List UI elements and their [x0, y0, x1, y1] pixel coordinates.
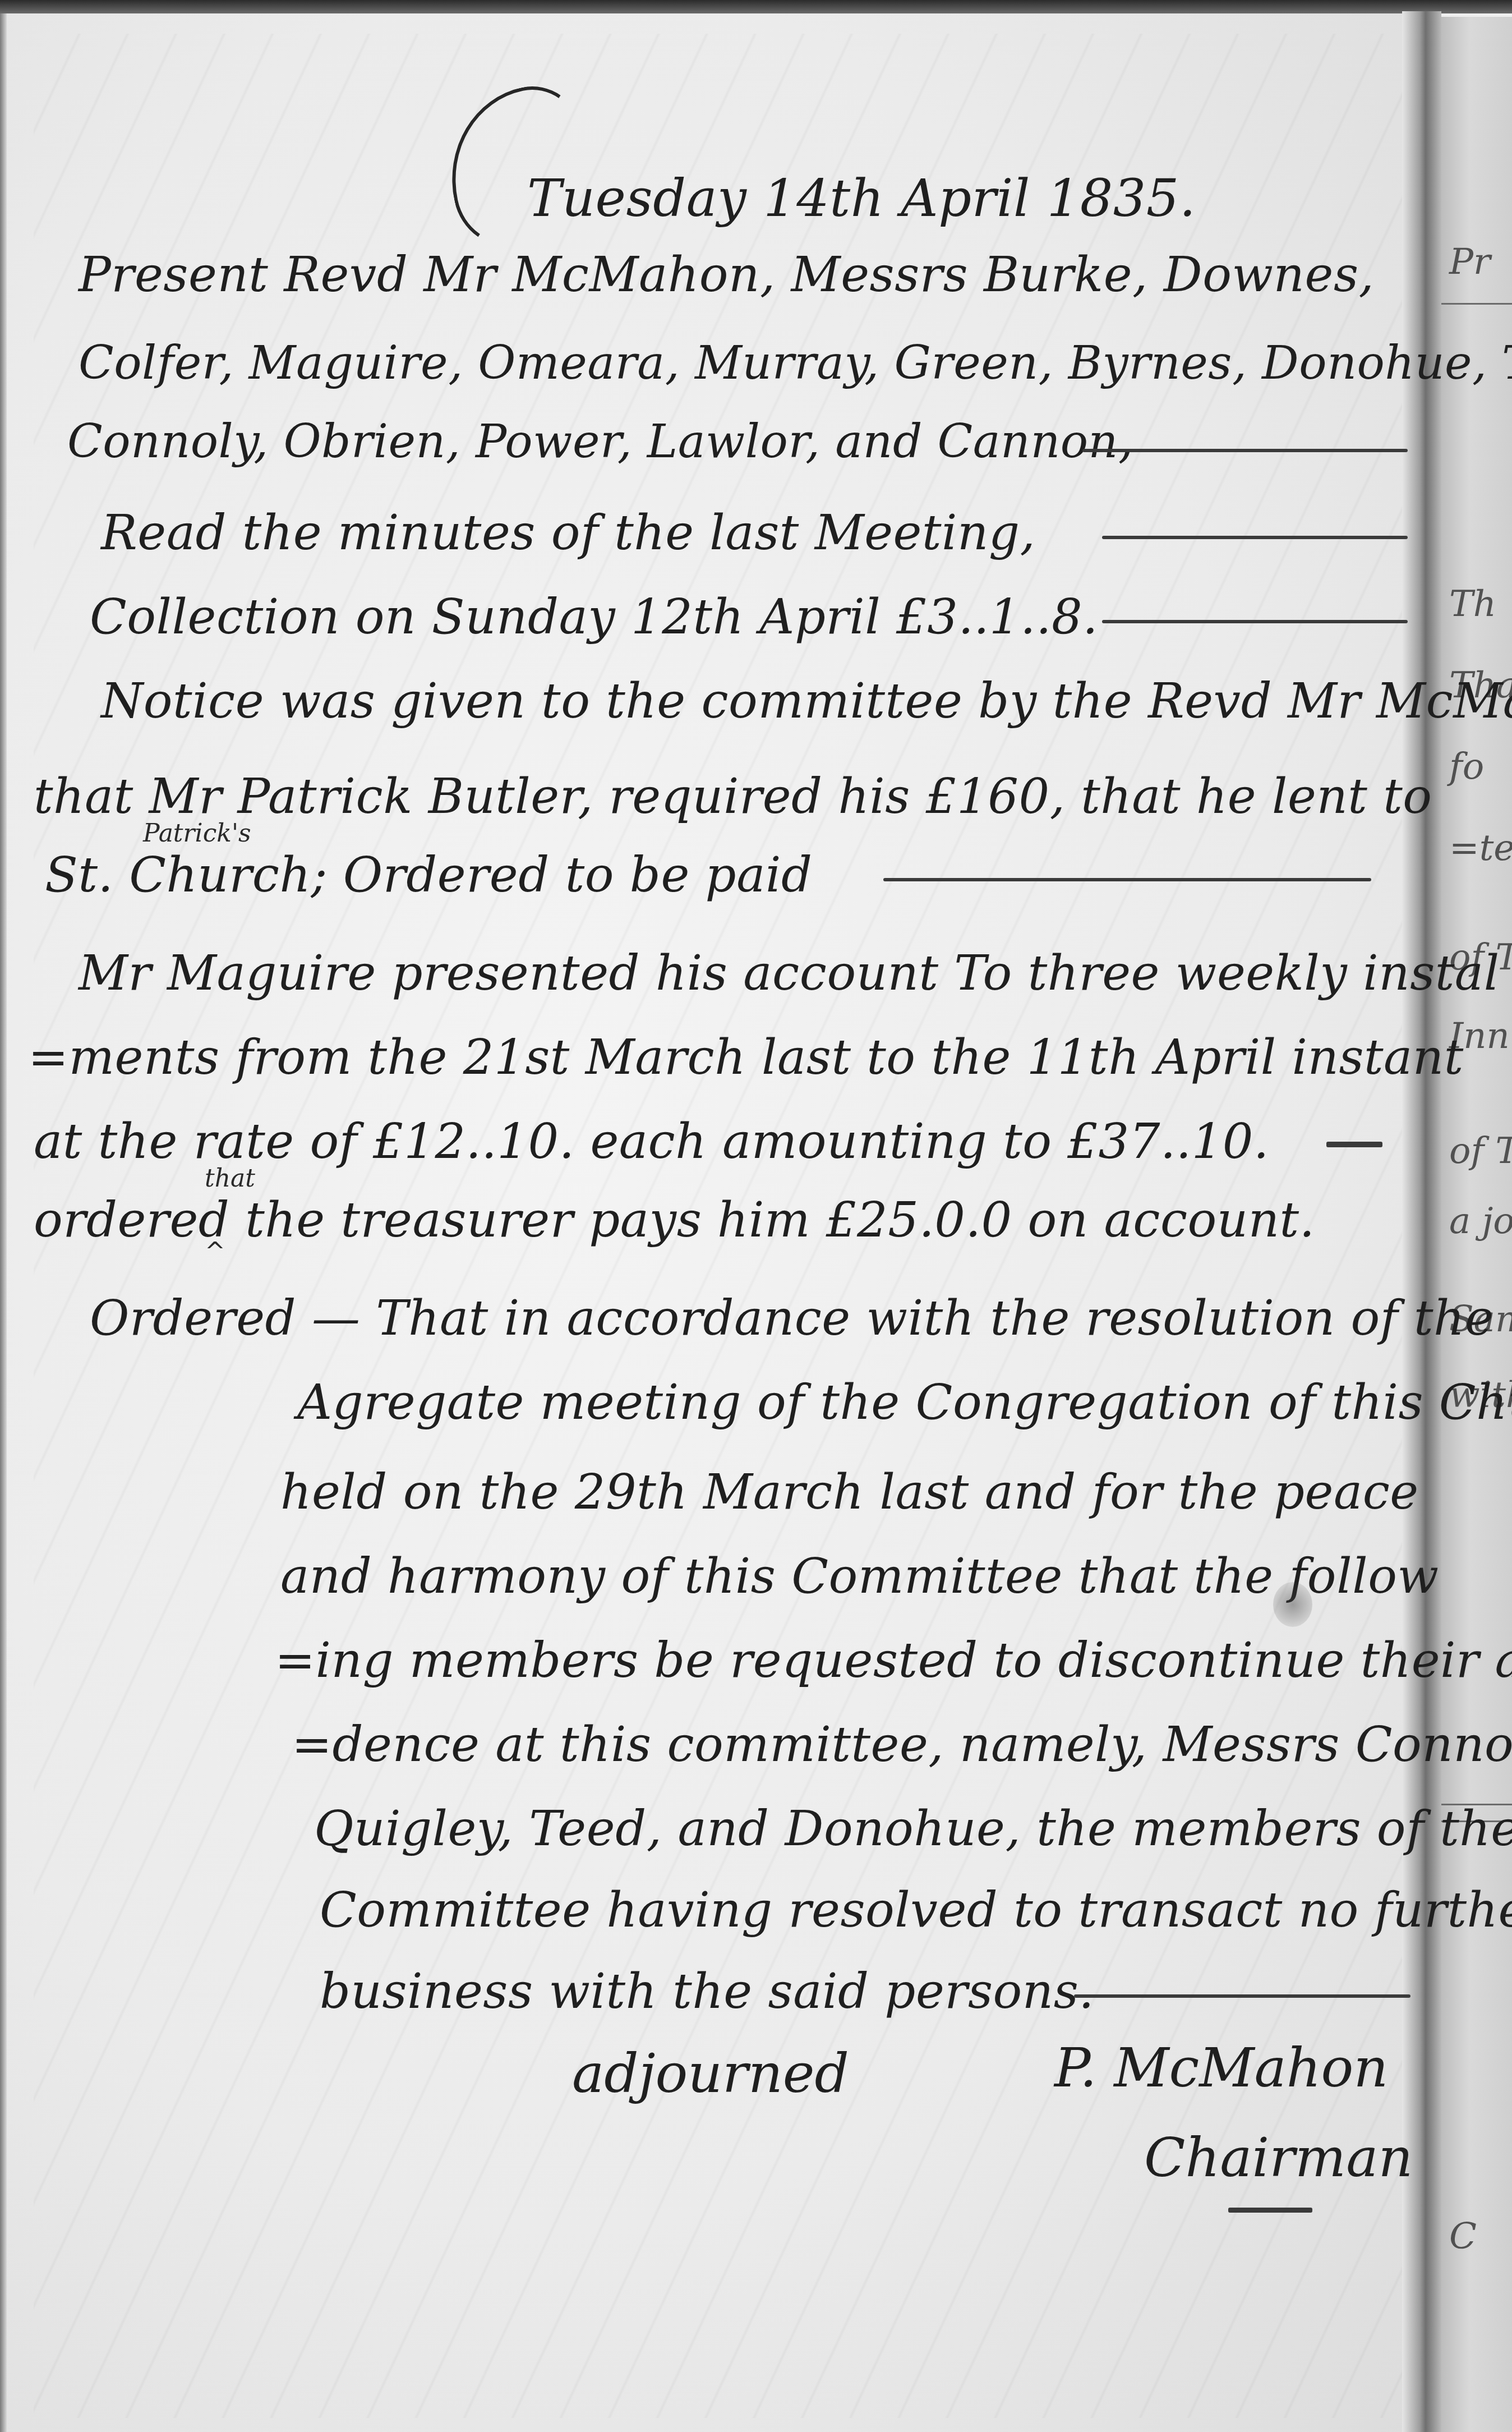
order-line-5: =ing members be requested to discontinue… [275, 1633, 1512, 1689]
order-line-3: held on the 29th March last and for the … [280, 1464, 1419, 1520]
chairman-signature: P. McMahon [1054, 2036, 1388, 2099]
order-line-6: =dence at this committee, namely, Messrs… [292, 1717, 1512, 1773]
notice-line-2: that Mr Patrick Butler, required his £16… [34, 769, 1432, 825]
adjacent-fragment: =tee [1449, 827, 1512, 869]
account-line-2: =ments from the 21st March last to the 1… [28, 1029, 1464, 1086]
account-line-3: at the rate of £12..10. each amounting t… [34, 1114, 1269, 1170]
adjacent-fragment: fo [1449, 746, 1484, 788]
adjacent-fragment: Pr [1449, 241, 1491, 283]
page-left-edge [0, 0, 7, 2432]
adjacent-fragment: C [1449, 2216, 1477, 2258]
adjacent-fragment: of Th [1449, 1130, 1512, 1172]
account-line-1: Mr Maguire presented his account To thre… [79, 945, 1500, 1001]
order-line-2: Agregate meeting of the Congregation of … [297, 1374, 1512, 1431]
entry-rule [1082, 449, 1408, 452]
attendance-line-2: Colfer, Maguire, Omeara, Murray, Green, … [79, 337, 1512, 390]
notice-line-3: St. Church; Ordered to be paid [45, 847, 813, 903]
chairman-title: Chairman [1144, 2126, 1413, 2189]
page-heading: Tuesday 14th April 1835. [527, 168, 1196, 228]
entry-rule [1326, 1142, 1382, 1147]
notice-line-1: Notice was given to the committee by the… [101, 673, 1512, 729]
entry-rule [883, 878, 1371, 881]
order-line-4: and harmony of this Committee that the f… [280, 1548, 1439, 1605]
attendance-line-3: Connoly, Obrien, Power, Lawlor, and Cann… [67, 415, 1133, 468]
entry-rule [1102, 620, 1408, 623]
order-line-9: business with the said persons. [320, 1964, 1094, 2020]
adjacent-fragment: Th [1449, 583, 1496, 625]
adjourned-note: adjourned [572, 2042, 849, 2105]
entry-rule [1102, 536, 1408, 539]
closing-rule [1228, 2208, 1312, 2213]
collection-line: Collection on Sunday 12th April £3..1..8… [90, 589, 1098, 645]
page-top-edge [0, 0, 1512, 13]
insertion-caret-icon: ^ [205, 1237, 225, 1266]
adjacent-fragment: a jo [1449, 1201, 1512, 1242]
order-line-7: Quigley, Teed, and Donohue, the members … [314, 1801, 1512, 1857]
scanned-document: Pr Th Tha fo =tee of Th Inn of Th a jo S… [0, 0, 1512, 2432]
adjacent-rule [1441, 303, 1512, 305]
attendance-line-1: Present Revd Mr McMahon, Messrs Burke, D… [79, 247, 1374, 303]
insertion-that: that [205, 1164, 255, 1193]
entry-rule [1074, 1994, 1410, 1998]
order-line-8: Committee having resolved to transact no… [320, 1882, 1512, 1938]
account-line-4: ordered the treasurer pays him £25.0.0 o… [34, 1192, 1315, 1248]
insertion-patricks: Patrick's [143, 819, 251, 848]
order-line-1: Ordered — That in accordance with the re… [90, 1290, 1493, 1346]
ink-stain [1273, 1582, 1312, 1627]
minutes-read-line: Read the minutes of the last Meeting, [101, 505, 1035, 561]
